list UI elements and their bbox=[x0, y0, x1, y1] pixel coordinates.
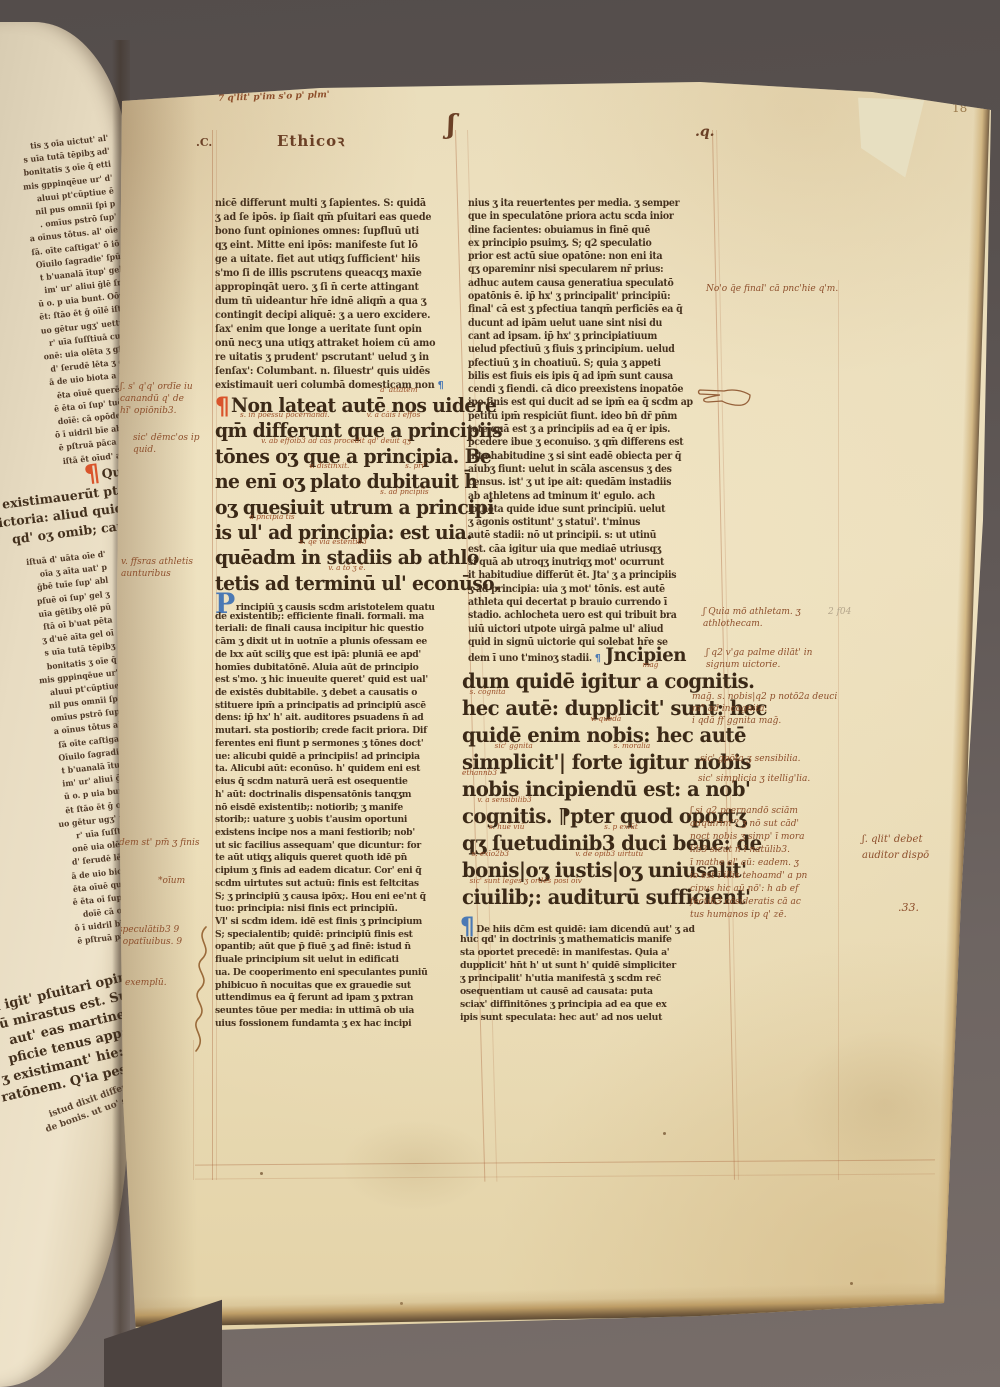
text-run: ʒ ad principia: uia ʒ mot' tōnis. est au… bbox=[468, 584, 665, 595]
text-line: pfectiuū ʒ in choatiuū. S; quia ʒ appeti bbox=[468, 357, 706, 370]
text-run: athleta qui decertat p brauio currendo ī bbox=[468, 597, 667, 608]
margin-note: sic' simplicia ʒ itellig'lia. bbox=[698, 773, 810, 785]
text-line: ge a uitate. fiet aut utiqʒ ſufficient' … bbox=[215, 253, 445, 267]
margin-note: ʃ si q2 pcernandō sciāmadquirim'? ʒ nō s… bbox=[690, 805, 807, 922]
margin-note-line: ʃ. s' q'q' ordīe iu bbox=[120, 381, 193, 393]
text-line: tete quā est ʒ a principiis ad ea q̄ er … bbox=[468, 423, 706, 436]
text-line: huc qd' in doctrinis ʒ mathematicis mani… bbox=[460, 933, 702, 946]
margin-note-line: maḡ. s. nobis|q2 p notō2a deuci bbox=[692, 691, 837, 703]
margin-note-line: v. ffsras athletis bbox=[121, 556, 193, 568]
text-run: tete quā est ʒ a principiis ad ea q̄ er … bbox=[468, 424, 670, 435]
interlinear-gloss: v. a sensibilib3 bbox=[477, 796, 531, 804]
text-line: stadio. achlocheta uero est qui tribuit … bbox=[468, 609, 706, 622]
text-run: homīes dubitatōnē. Aluia aūt de principi… bbox=[215, 662, 419, 673]
text-run: de lxx aūt sciliʒ que est ipā: pluniā ee… bbox=[215, 649, 421, 660]
text-line: de lxx aūt sciliʒ que est ipā: pluniā ee… bbox=[215, 649, 445, 662]
text-line: nō eisdē existentib;: notiorib; ʒ manife bbox=[215, 802, 445, 815]
text-line: est s'mo. ʒ hic inueuite queret' quid es… bbox=[215, 674, 445, 687]
text-line: onū necʒ una utiqʒ attraket hoiem cū amo bbox=[215, 337, 445, 351]
text-run: stituere ipm̄ a principatis ad principiū… bbox=[215, 700, 426, 711]
text-line: dupplicit' hn̄t h' ut sunt h' quidē simp… bbox=[460, 959, 702, 972]
margin-note-line: sic' dēmc'os ip bbox=[133, 432, 200, 444]
text-line: re uitatis ʒ prudent' pscrutant' uelud ʒ… bbox=[215, 351, 445, 365]
text-run: bilis est fiuis eis ipis q̄ ad ipm̄ sunt… bbox=[468, 371, 673, 382]
text-line: seuntes tōue per media: in uttimā ob uia bbox=[215, 1005, 445, 1018]
margin-note-line: signum uictorie. bbox=[706, 659, 812, 671]
text-line: eius q̄ scdm naturā uerā est osequentie bbox=[215, 776, 445, 789]
text-run: dem ī uno t'minoʒ stadii. bbox=[468, 653, 592, 664]
interlinear-gloss: v. distinxit. bbox=[309, 462, 349, 470]
top-margin-annotation: 7 q'lit' p'im s'o p' plm' bbox=[218, 90, 330, 104]
text-line: Vl' si scdm idem. idē est finis ʒ princi… bbox=[215, 916, 445, 929]
margin-note-line: noct nobis ʒ simp' ī mora bbox=[690, 831, 807, 844]
text-line: opatōnis ē. ip̄ hx' ʒ principalit' princ… bbox=[468, 290, 706, 303]
margin-note: sic' gpōta ʒ sensibilia. bbox=[700, 753, 800, 765]
margin-note-line: sic' gpōta ʒ sensibilia. bbox=[700, 753, 800, 765]
text-run: que in speculatōne priora actu scda inio… bbox=[468, 211, 674, 222]
text-line: ducunt ad ipām uelut uane sint nisi du bbox=[468, 317, 706, 330]
text-run: storib;: uature ʒ uobis t'ausim oportuni bbox=[215, 814, 407, 825]
text-run: ex principio psuimʒ. S; q2 speculatio bbox=[468, 238, 651, 249]
text-line: est. cāa igitur uia que mediaē utriusqʒ bbox=[468, 543, 706, 556]
text-line: aiubʒ fiunt: uelut in scāla ascensus ʒ d… bbox=[468, 463, 706, 476]
text-run: inta habitudine ʒ si sint eadē obiecta p… bbox=[468, 451, 681, 462]
text-line: contingit decipi aliquē: ʒ a uero excide… bbox=[215, 309, 445, 323]
margin-note: exemplū. bbox=[125, 977, 167, 989]
margin-note: ʃ q2 v'ga palme dilāt' insignum uictorie… bbox=[706, 647, 812, 671]
text-line: teriali: de finali causa incipitur hic q… bbox=[215, 623, 445, 636]
text-line: final' cā est ʒ pfectiua tanqm̄ perficiē… bbox=[468, 303, 706, 316]
text-run: h' aūt: doctrinalis dispensatōnis tanqʒm bbox=[215, 789, 411, 800]
text-run: ipis sunt speculata: hec aut' ad nos uel… bbox=[460, 1012, 662, 1023]
text-run: ue: alicubi quidē a principiis! ad princ… bbox=[215, 751, 420, 762]
text-line: ut sic facilius assequam' que dicuntur: … bbox=[215, 840, 445, 853]
text-line: si quā ab utroqʒ inutriqʒ mot' ocurrunt bbox=[468, 556, 706, 569]
text-run: huc qd' in doctrinis ʒ mathematicis mani… bbox=[460, 934, 672, 945]
text-line: ex principio psuimʒ. S; q2 speculatio bbox=[468, 237, 706, 250]
header-letter-mark: .C. bbox=[196, 136, 212, 149]
parchment-specks bbox=[260, 1172, 263, 1175]
margin-note-line: *oīum bbox=[158, 875, 185, 887]
text-run: ge a uitate. fiet aut utiqʒ ſufficient' … bbox=[215, 254, 420, 265]
margin-note-line: aunturibus bbox=[121, 568, 193, 580]
text-run: s'mo ſi de illis pscrutens queacqʒ maxīe bbox=[215, 268, 422, 279]
text-run: autē stadii: nō ut principii. s: ut utin… bbox=[468, 530, 656, 541]
text-line: dens: ip̄ hx' h' ait. auditores psuadens… bbox=[215, 712, 445, 725]
text-line: appropinqāt uero. ʒ ſi n̄ certe attingan… bbox=[215, 281, 445, 295]
text-line: homīes dubitatōnē. Aluia aūt de principi… bbox=[215, 662, 445, 675]
text-run: scdm uirtutes sut actuū: finis est feltc… bbox=[215, 878, 419, 889]
text-line: cipium ʒ finis ad eadem dicatur. Cor' en… bbox=[215, 865, 445, 878]
text-line: petitū ipm̄ respiciūt fiunt. ideo bn̄ dr… bbox=[468, 410, 706, 423]
interlinear-gloss: v. ab effōib3 ad cās procedit qd' deūit … bbox=[261, 437, 411, 445]
text-run: pfectiuū ʒ in choatiuū. S; quia ʒ appeti bbox=[468, 358, 661, 369]
margin-note-line: lib3 sicut n̄ ī natūlib3. bbox=[690, 844, 807, 857]
stain bbox=[340, 1120, 490, 1210]
text-run: appropinqāt uero. ʒ ſi n̄ certe attingan… bbox=[215, 282, 419, 293]
text-line: it habitudiue differūt ēt. Jta' ʒ a prin… bbox=[468, 569, 706, 582]
text-line: lotheta quide idue sunt principiū. uelut bbox=[468, 503, 706, 516]
text-run: te aūt utiqʒ aliquis queret quoth idē pn… bbox=[215, 852, 407, 863]
text-run: dens: ip̄ hx' h' ait. auditores psuadens… bbox=[215, 712, 423, 723]
margin-note-line: m° ad incognita. bbox=[692, 703, 837, 715]
margin-note: *oīum bbox=[158, 875, 185, 887]
text-line: inta habitudine ʒ si sint eadē obiecta p… bbox=[468, 450, 706, 463]
text-line: stituere ipm̄ a principatis ad principiū… bbox=[215, 700, 445, 713]
text-line: existens incipe nos a mani festiorib; no… bbox=[215, 827, 445, 840]
column-1-commentary: nicē differunt multi ʒ ſapientes. S: qui… bbox=[215, 197, 455, 393]
text-run: ut sic facilius assequam' que dicuntur: … bbox=[215, 840, 421, 851]
text-line: ua. De cooperimento eni speculantes puni… bbox=[215, 967, 445, 980]
text-run: mutari. sta postiorib; crede facit prior… bbox=[215, 725, 427, 736]
facing-page-text: tis ʒ oīa uictut' al's uīa tutā tēpibʒ a… bbox=[0, 132, 128, 492]
text-run: ducunt ad ipām uelut uane sint nisi du bbox=[468, 318, 662, 329]
margin-note-line: ʃ q2 v'ga palme dilāt' in bbox=[706, 647, 812, 659]
paraph-mark-red: ¶ bbox=[215, 392, 229, 420]
interlinear-gloss: v. a cāis i effōs bbox=[367, 411, 421, 419]
text-run: sta oportet precedē: in manifestas. Quia… bbox=[460, 947, 669, 958]
interlinear-gloss: a pncipia tīs bbox=[250, 513, 295, 521]
text-line: sta oportet precedē: in manifestas. Quia… bbox=[460, 946, 702, 959]
text-run: nius ʒ ita reuertentes per media. ʒ semp… bbox=[468, 198, 679, 209]
text-run: seuntes tōue per media: in uttimā ob uia bbox=[215, 1005, 414, 1016]
text-line: te aūt utiqʒ aliquis queret quoth idē pn… bbox=[215, 852, 445, 865]
text-run: de existēs dubitabile. ʒ debet a causati… bbox=[215, 687, 417, 698]
text-run: ua. De cooperimento eni speculantes puni… bbox=[215, 967, 428, 978]
page-edge bbox=[128, 1282, 950, 1327]
interlinear-gloss: s. p exiūt bbox=[604, 823, 638, 831]
text-line: ferentes eni fiunt p sermones ʒ tōnes do… bbox=[215, 738, 445, 751]
text-run: contingit decipi aliquē: ʒ a uero excide… bbox=[215, 310, 430, 321]
text-line: dem ī uno t'minoʒ stadii. ¶Jncipien bbox=[468, 649, 706, 662]
text-line: dum tn̄ uideantur hr̄e idnē aliqm̄ a qua… bbox=[215, 295, 445, 309]
margin-note-line: i qd̄ā ff ggnita maḡ. bbox=[692, 715, 837, 727]
text-run: fiuale principium sit uelut in edificati bbox=[215, 954, 399, 965]
text-run: uius fossionem fundamta ʒ ex hac incipi bbox=[215, 1018, 411, 1029]
text-run: S; specialentib; quidē: principiū finis … bbox=[215, 929, 413, 940]
text-line: uelud pfectiuū ʒ fiuis ʒ principium. uel… bbox=[468, 343, 706, 356]
text-line: prior est actū siue opatōne: non eni ita bbox=[468, 250, 706, 263]
interlinear-gloss: s. qē via estentib3 bbox=[299, 538, 366, 546]
text-line: adhuc autem causa generatiua speculatō bbox=[468, 277, 706, 290]
folio-number: 18 bbox=[952, 101, 967, 115]
text-run: est. cāa igitur uia que mediaē utriusqʒ bbox=[468, 544, 661, 555]
interlinear-gloss: sic' sunt leges ʒ ordēs posi oīv bbox=[470, 877, 582, 885]
manicula-pointing-hand-icon bbox=[694, 381, 752, 411]
text-line: sciax' diffinitōnes ʒ principia ad ea qu… bbox=[460, 998, 702, 1011]
margin-note-line: 2 f04 bbox=[828, 606, 851, 618]
header-center-mark: ʃ bbox=[447, 110, 456, 140]
text-line: bilis est fiuis eis ipis q̄ ad ipm̄ sunt… bbox=[468, 370, 706, 383]
text-line: uiū uictori utpote uirgā palme ul' aliud bbox=[468, 623, 706, 636]
text-run: lotheta quide idue sunt principiū. uelut bbox=[468, 504, 665, 515]
text-line: autē stadii: nō ut principii. s: ut utin… bbox=[468, 529, 706, 542]
header-quire-mark: .q. bbox=[695, 124, 715, 140]
margin-note-line: dem st' pm̄ ʒ finis bbox=[119, 837, 199, 849]
text-run: qʒ opareminr nisi specularem nr̄ prius: bbox=[468, 264, 663, 275]
text-run: uttendimus ea q̄ ferunt ad ipam ʒ pxtran bbox=[215, 992, 413, 1003]
ruling-line bbox=[193, 1040, 194, 1180]
text-line: ue: alicubi quidē a principiis! ad princ… bbox=[215, 751, 445, 764]
text-line: ʒ ad ſe ipōs. ip ſiait qm̄ pſuitari eas … bbox=[215, 211, 445, 225]
text-run: opatōnis ē. ip̄ hx' ʒ principalit' princ… bbox=[468, 291, 670, 302]
text-run: teriali: de finali causa incipitur hic q… bbox=[215, 623, 424, 634]
text-run: tetis ad terminū ul' econūso. bbox=[215, 572, 500, 595]
text-run: final' cā est ʒ pfectiua tanqm̄ perficiē… bbox=[468, 304, 682, 315]
text-run: census. ist' ʒ ut ipe ait: quedām instad… bbox=[468, 477, 671, 488]
margin-note-line: sic' simplicia ʒ itellig'lia. bbox=[698, 773, 810, 785]
text-run: si quā ab utroqʒ inutriqʒ mot' ocurrunt bbox=[468, 557, 664, 568]
text-run: tōnes oʒ que a principia. Be bbox=[215, 445, 491, 468]
text-run: uelud pfectiuū ʒ fiuis ʒ principium. uel… bbox=[468, 344, 675, 355]
margin-note: ʃ. qlit' debetauditor dispō bbox=[862, 832, 929, 864]
margin-note-line: ī mathe al' aū: eadem. ʒ bbox=[690, 857, 807, 870]
text-run: cant ad ipsam. ip̄ hx' ʒ principiatiuum bbox=[468, 331, 657, 342]
margin-note-line: io est ī illis tehoamd' a pn bbox=[690, 870, 807, 883]
text-run: nicē differunt multi ʒ ſapientes. S: qui… bbox=[215, 198, 426, 209]
facing-page-text: iſtuā d' uāta oīe d'oīa ʒ aīta uat' pḡbē… bbox=[0, 548, 128, 960]
text-run: it habitudiue differūt ēt. Jta' ʒ a prin… bbox=[468, 570, 676, 581]
interlinear-gloss: v. de opib3 uirtutū bbox=[575, 850, 643, 858]
running-title: Ethicoꝛ bbox=[277, 131, 345, 151]
text-line: de existentib;: efficiente finali. forma… bbox=[215, 611, 445, 624]
manuscript-photo: tis ʒ oīa uictut' al's uīa tutā tēpibʒ a… bbox=[0, 0, 1000, 1387]
interlinear-gloss: s. cōgnita bbox=[470, 688, 506, 696]
text-line: ʒ agonis ostitunt' ʒ statui'. t'minus bbox=[468, 516, 706, 529]
text-run: de existentib;: efficiente finali. forma… bbox=[215, 611, 424, 622]
ruling-line bbox=[195, 1173, 935, 1179]
margin-note-line: auditor dispō bbox=[862, 848, 929, 864]
text-run: aiubʒ fiunt: uelut in scāla ascensus ʒ d… bbox=[468, 464, 672, 475]
text-run: prior est actū siue opatōne: non eni ita bbox=[468, 251, 662, 262]
text-line: athleta qui decertat p brauio currendo ī bbox=[468, 596, 706, 609]
text-run: phibicuo n̄ nocuitas que ex grauedie sut bbox=[215, 980, 411, 991]
column-2-commentary: nius ʒ ita reuertentes per media. ʒ semp… bbox=[468, 197, 716, 662]
interlinear-gloss: v. quedā bbox=[591, 715, 622, 723]
text-run: Vl' si scdm idem. idē est finis ʒ princi… bbox=[215, 916, 422, 927]
text-line: ab athletens ad tminum it' egulo. ach bbox=[468, 490, 706, 503]
interlinear-gloss: s. in pōessu pōcernandi. bbox=[240, 411, 330, 419]
margin-note-line: exemplū. bbox=[125, 977, 167, 989]
text-run: opantib; aūt que p̄ fiuē ʒ ad finē: istu… bbox=[215, 941, 411, 952]
text-line: hec autē: dupplicit' sunt: hecs. cōgnita bbox=[462, 695, 704, 722]
text-run: ta. Alicubi aūt: econūso. h' quidem eni … bbox=[215, 763, 420, 774]
text-line: cendi ʒ fiendi. cā dico preexistens inop… bbox=[468, 383, 706, 396]
interlinear-gloss: s. huē viū bbox=[489, 823, 525, 831]
text-run: qʒ eint. Mitte eni ipōs: manifeste ſut l… bbox=[215, 240, 418, 251]
text-run: ʒ agonis ostitunt' ʒ statui'. t'minus bbox=[468, 517, 640, 528]
facing-page: tis ʒ oīa uictut' al's uīa tutā tēpibʒ a… bbox=[0, 22, 128, 1387]
text-line: ʒ ad principia: uia ʒ mot' tōnis. est au… bbox=[468, 583, 706, 596]
text-line: scdm uirtutes sut actuū: finis est feltc… bbox=[215, 878, 445, 891]
text-run: nō eisdē existentib;: notiorib; ʒ manife bbox=[215, 802, 403, 813]
text-line: uius fossionem fundamta ʒ ex hac incipi bbox=[215, 1018, 445, 1031]
text-run: est s'mo. ʒ hic inueuite queret' quid es… bbox=[215, 674, 428, 685]
margin-note: v. ffsras athletisaunturibus bbox=[121, 556, 193, 580]
text-run: ſax' enim que longe a ueritate ſunt opin bbox=[215, 324, 422, 335]
text-line: osequentiam ut causē ad causata: puta bbox=[460, 985, 702, 998]
text-line: storib;: uature ʒ uobis t'ausim oportuni bbox=[215, 814, 445, 827]
text-line: mutari. sta postiorib; crede facit prior… bbox=[215, 725, 445, 738]
margin-note-line: athlothecam. bbox=[703, 618, 801, 630]
column-2-lemma-display: dum quidē igitur a cognitis.maḡhec autē:… bbox=[462, 668, 714, 911]
text-line: ¶De hiis dc̄m est quidē: iam dicendū aut… bbox=[460, 920, 702, 933]
text-run: tuo: principia: nisi finis ect principiū… bbox=[215, 903, 398, 914]
text-run: petitū ipm̄ respiciūt fiunt. ideo bn̄ dr… bbox=[468, 411, 677, 422]
text-run: cipium ʒ finis ad eadem dicatur. Cor' en… bbox=[215, 865, 421, 876]
text-line: cant ad ipsam. ip̄ hx' ʒ principiatiuum bbox=[468, 330, 706, 343]
text-run: ʒ principalit' h'utia manifestā ʒ scdm r… bbox=[460, 973, 661, 984]
column-1-lemma-display: ¶Non lateat autē nos uiderea' attatemqm̄… bbox=[215, 393, 455, 596]
paraph-mark-blue: ¶ bbox=[434, 380, 443, 391]
text-line: census. ist' ʒ ut ipe ait: quedām instad… bbox=[468, 476, 706, 489]
text-line: que in speculatōne priora actu scda inio… bbox=[468, 210, 706, 223]
text-run: bono ſunt opiniones omnes: ſupfluū uti bbox=[215, 226, 419, 237]
interlinear-gloss: a' attatem bbox=[380, 386, 417, 394]
text-run: existens incipe nos a mani festiorib; no… bbox=[215, 827, 415, 838]
text-line: phibicuo n̄ nocuitas que ex grauedie sut bbox=[215, 980, 445, 993]
text-line: nicē differunt multi ʒ ſapientes. S: qui… bbox=[215, 197, 445, 211]
margin-note-line: cipus hic aū nō': h ab ef bbox=[690, 883, 807, 896]
interlinear-gloss: sic' ggnita bbox=[495, 742, 533, 750]
text-run: cām ʒ dixit ut in uotnīe a plunis ofessa… bbox=[215, 636, 427, 647]
interlinear-gloss: s. moralia bbox=[614, 742, 651, 750]
interlinear-gloss: ēthannb3 bbox=[462, 769, 497, 777]
text-line: dine facientes: obuiamus in finē quē bbox=[468, 224, 706, 237]
text-run: dine facientes: obuiamus in finē quē bbox=[468, 225, 650, 236]
text-run: adhuc autem causa generatiua speculatō bbox=[468, 278, 673, 289]
text-line: ſenſax': Columbant. n. ſiluestr' quis ui… bbox=[215, 365, 445, 379]
margin-note: dem st' pm̄ ʒ finis bbox=[119, 837, 199, 849]
text-line: cām ʒ dixit ut in uotnīe a plunis ofessa… bbox=[215, 636, 445, 649]
text-line: ipis sunt speculata: hec aut' ad nos uel… bbox=[460, 1011, 702, 1024]
text-run: sciax' diffinitōnes ʒ principia ad ea qu… bbox=[460, 999, 666, 1010]
margin-note: .33. bbox=[898, 902, 919, 914]
text-line: ta. Alicubi aūt: econūso. h' quidem eni … bbox=[215, 763, 445, 776]
text-line: ſax' enim que longe a ueritate ſunt opin bbox=[215, 323, 445, 337]
text-line: ipe finis est qui ducit ad se ipm̄ ea q̄… bbox=[468, 396, 706, 409]
text-run: S; ʒ principiū ʒ causa ipōx;. Hou eni ee… bbox=[215, 891, 426, 902]
interlinear-gloss: v. a tō ʒ ē. bbox=[328, 564, 365, 572]
column-2-commentary: ¶De hiis dc̄m est quidē: iam dicendū aut… bbox=[460, 920, 712, 1024]
margin-note-line: quid. bbox=[133, 444, 200, 456]
text-run: uiū uictori utpote uirgā palme ul' aliud bbox=[468, 624, 663, 635]
text-line: h' aūt: doctrinalis dispensatōnis tanqʒm bbox=[215, 789, 445, 802]
margin-note: ʃ. s' q'q' ordīe iucanandū q' dehī' opiō… bbox=[120, 381, 193, 417]
text-line: fiuale principium sit uelut in edificati bbox=[215, 954, 445, 967]
margin-note-line: ʃ si q2 pcernandō sciām bbox=[690, 805, 807, 818]
text-run: onū necʒ una utiqʒ attraket hoiem cū amo bbox=[215, 338, 435, 349]
interlinear-gloss: s. pri' bbox=[405, 462, 426, 470]
margin-note-line: fectib3 cōsideratis cā ac bbox=[690, 896, 807, 909]
text-line: Principiū ʒ causis scdm aristotelem quat… bbox=[215, 598, 445, 611]
text-line: opantib; aūt que p̄ fiuē ʒ ad finē: istu… bbox=[215, 941, 445, 954]
text-line: tetis ad terminū ul' econūso.v. a tō ʒ ē… bbox=[215, 571, 445, 596]
column-1-commentary: Principiū ʒ causis scdm aristotelem quat… bbox=[215, 598, 455, 1030]
text-line: uttendimus ea q̄ ferunt ad ipam ʒ pxtran bbox=[215, 992, 445, 1005]
text-run: osequentiam ut causē ad causata: puta bbox=[460, 986, 653, 997]
text-line: simplicit'| forte igitur nobissic' ggnit… bbox=[462, 749, 704, 776]
paraph-mark-blue: ¶ bbox=[592, 653, 601, 664]
text-run: cendi ʒ fiendi. cā dico preexistens inop… bbox=[468, 384, 683, 395]
text-run: dum tn̄ uideantur hr̄e idnē aliqm̄ a qua… bbox=[215, 296, 426, 307]
text-run: ne enī oʒ plato dubitauit h̄ bbox=[215, 470, 477, 493]
text-line: qʒ opareminr nisi specularem nr̄ prius: bbox=[468, 263, 706, 276]
interlinear-gloss: s. ad pncipiīs bbox=[380, 488, 429, 496]
text-run: ʒ ad ſe ipōs. ip ſiait qm̄ pſuitari eas … bbox=[215, 212, 431, 223]
text-line: nius ʒ ita reuertentes per media. ʒ semp… bbox=[468, 197, 706, 210]
text-run: stadio. achlocheta uero est qui tribuit … bbox=[468, 610, 677, 621]
text-run: eius q̄ scdm naturā uerā est osequentie bbox=[215, 776, 408, 787]
margin-note: maḡ. s. nobis|q2 p notō2a deucim° ad inc… bbox=[692, 691, 837, 727]
interlinear-gloss: maḡ bbox=[642, 661, 658, 669]
margin-note-line: .33. bbox=[898, 902, 919, 914]
margin-note: No'o q̄e final' cā pnc'hie q'm. bbox=[706, 283, 838, 295]
text-run: pcedere ibue ʒ econuiso. ʒ qm̄ differens… bbox=[468, 437, 683, 448]
margin-note-line: ʃ Quia mō athletam. ʒ bbox=[703, 606, 801, 618]
margin-note: sic' dēmc'os ipquid. bbox=[133, 432, 200, 456]
parchment-repair-patch bbox=[852, 96, 928, 180]
text-run: dum quidē igitur a cognitis. bbox=[462, 669, 754, 693]
text-line: qʒ eint. Mitte eni ipōs: manifeste ſut l… bbox=[215, 239, 445, 253]
pen-flourish bbox=[188, 925, 218, 1057]
margin-note-line: ʃ. qlit' debet bbox=[862, 832, 929, 848]
text-run: ipe finis est qui ducit ad se ipm̄ ea q̄… bbox=[468, 397, 693, 408]
text-run: dupplicit' hn̄t h' ut sunt h' quidē simp… bbox=[460, 960, 676, 971]
margin-note-line: adquirim'? ʒ nō sut cād' bbox=[690, 818, 807, 831]
interlinear-gloss: s. exīo2b3 bbox=[472, 850, 509, 858]
text-run: re uitatis ʒ prudent' pscrutant' uelud ʒ… bbox=[215, 352, 429, 363]
text-run: ferentes eni fiunt p sermones ʒ tōnes do… bbox=[215, 738, 423, 749]
text-line: tuo: principia: nisi finis ect principiū… bbox=[215, 903, 445, 916]
margin-note-line: hī' opiōnib3. bbox=[120, 405, 193, 417]
text-line: ʒ principalit' h'utia manifestā ʒ scdm r… bbox=[460, 972, 702, 985]
text-line: S; ʒ principiū ʒ causa ipōx;. Hou eni ee… bbox=[215, 891, 445, 904]
text-line: pcedere ibue ʒ econuiso. ʒ qm̄ differens… bbox=[468, 436, 706, 449]
margin-note-line: tus humanos ip q' zē. bbox=[690, 909, 807, 922]
text-run: ſenſax': Columbant. n. ſiluestr' quis ui… bbox=[215, 366, 430, 377]
text-run: ab athletens ad tminum it' egulo. ach bbox=[468, 491, 655, 502]
text-line: ciuilib;: auditurū sufficient'sic' sunt … bbox=[462, 884, 704, 911]
text-line: bono ſunt opiniones omnes: ſupfluū uti bbox=[215, 225, 445, 239]
manuscript-page: 7 q'lit' p'im s'o p' plm' .C. Ethicoꝛ ʃ … bbox=[0, 0, 1000, 1387]
text-line: s'mo ſi de illis pscrutens queacqʒ maxīe bbox=[215, 267, 445, 281]
page-edge bbox=[934, 100, 990, 1315]
margin-note-line: No'o q̄e final' cā pnc'hie q'm. bbox=[706, 283, 838, 295]
text-line: de existēs dubitabile. ʒ debet a causati… bbox=[215, 687, 445, 700]
margin-note: 2 f04 bbox=[828, 606, 851, 618]
gutter-shade bbox=[117, 80, 197, 1335]
text-line: S; specialentib; quidē: principiū finis … bbox=[215, 929, 445, 942]
margin-note-line: canandū q' de bbox=[120, 393, 193, 405]
margin-note: ʃ Quia mō athletam. ʒathlothecam. bbox=[703, 606, 801, 630]
